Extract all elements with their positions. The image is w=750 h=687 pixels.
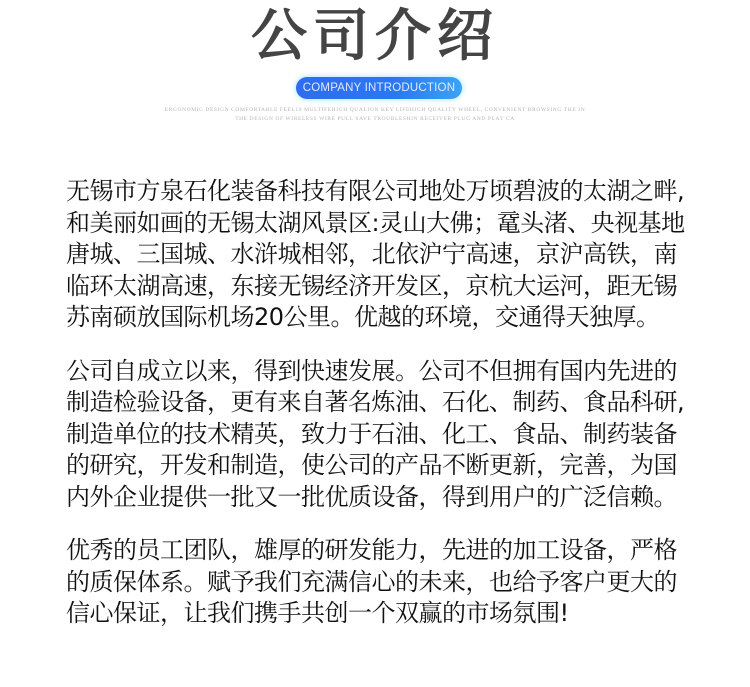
text-line: 和美丽如画的无锡太湖风景区:灵山大佛；鼋头渚、央视基地: [66, 208, 696, 240]
text-line: 制造单位的技术精英，致力于石油、化工、食品、制药装备: [66, 419, 696, 451]
introduction-body: 无锡市方泉石化装备科技有限公司地处万顷碧波的太湖之畔, 和美丽如画的无锡太湖风景…: [66, 176, 696, 650]
text-line: 公司自成立以来，得到快速发展。公司不但拥有国内先进的: [66, 356, 696, 388]
decorative-subtitle: ERGONOMIC DESIGN COMFORTABLE FEEL10 MULT…: [0, 106, 750, 124]
subtitle-line: ERGONOMIC DESIGN COMFORTABLE FEEL10 MULT…: [0, 106, 750, 115]
paragraph-development: 公司自成立以来，得到快速发展。公司不但拥有国内先进的 制造检验设备，更有来自著名…: [66, 356, 696, 514]
text-line: 信心保证，让我们携手共创一个双赢的市场氛围!: [66, 598, 696, 630]
text-line: 苏南硕放国际机场20公里。优越的环境，交通得天独厚。: [66, 302, 696, 334]
text-line: 内外企业提供一批又一批优质设备，得到用户的广泛信赖。: [66, 482, 696, 514]
paragraph-team: 优秀的员工团队，雄厚的研发能力，先进的加工设备，严格 的质保体系。赋予我们充满信…: [66, 535, 696, 630]
paragraph-location: 无锡市方泉石化装备科技有限公司地处万顷碧波的太湖之畔, 和美丽如画的无锡太湖风景…: [66, 176, 696, 334]
text-line: 制造检验设备，更有来自著名炼油、石化、制药、食品科研,: [66, 387, 696, 419]
page-title: 公司介绍: [0, 4, 750, 70]
text-line: 的质保体系。赋予我们充满信心的未来，也给予客户更大的: [66, 567, 696, 599]
text-line: 唐城、三国城、水浒城相邻，北依沪宁高速，京沪高铁，南: [66, 239, 696, 271]
text-line: 无锡市方泉石化装备科技有限公司地处万顷碧波的太湖之畔,: [66, 176, 696, 208]
company-introduction-badge: COMPANY INTRODUCTION: [296, 77, 462, 99]
text-line: 的研究，开发和制造，使公司的产品不断更新，完善，为国: [66, 450, 696, 482]
text-line: 临环太湖高速，东接无锡经济开发区，京杭大运河，距无锡: [66, 271, 696, 303]
text-line: 优秀的员工团队，雄厚的研发能力，先进的加工设备，严格: [66, 535, 696, 567]
subtitle-line: THE DESIGN OF WIRELESS WIRE PULL SAVE TR…: [0, 115, 750, 124]
